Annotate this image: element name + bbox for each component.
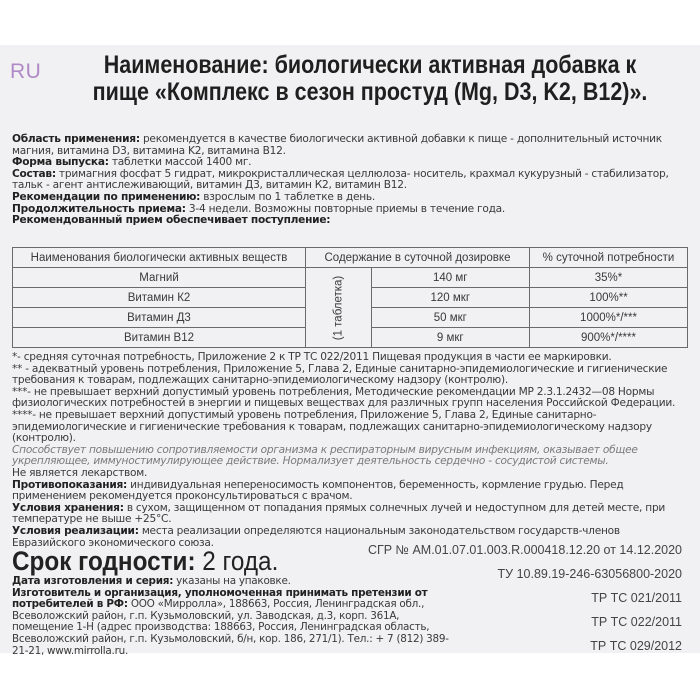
substance-percent: 35%* <box>530 268 688 288</box>
substance-amount: 9 мкг <box>371 328 529 348</box>
footnote: ***- не превышает верхний допустимый уро… <box>12 387 688 410</box>
info-application: Область применения: рекомендуется в каче… <box>12 134 688 157</box>
table-header-row: Наименования биологически активных вещес… <box>13 248 688 268</box>
dose-label: (1 таблетка) <box>332 275 344 340</box>
info-intake-heading: Рекомендованный прием обеспечивает посту… <box>12 215 688 227</box>
substance-name: Витамин Д3 <box>13 308 306 328</box>
dose-label-cell: (1 таблетка) <box>306 268 372 348</box>
info-storage: Условия хранения: в сухом, защищенном от… <box>12 503 688 526</box>
substance-percent: 100%** <box>530 288 688 308</box>
substance-amount: 50 мкг <box>371 308 529 328</box>
product-info-section: Область применения: рекомендуется в каче… <box>12 134 688 227</box>
substance-name: Магний <box>13 268 306 288</box>
substance-percent: 900%*/**** <box>530 328 688 348</box>
substance-name: Витамин В12 <box>13 328 306 348</box>
substance-amount: 140 мг <box>371 268 529 288</box>
health-claim: Способствует повышению сопротивляемости … <box>12 445 688 468</box>
header-percent: % суточной потребности <box>530 248 688 268</box>
footnote: ****- не превышает верхний допустимый ур… <box>12 410 688 445</box>
info-contraindications: Противопоказания: индивидуальная неперен… <box>12 480 688 503</box>
table-row: Магний (1 таблетка) 140 мг 35%* <box>13 268 688 288</box>
manufacturer-info: Изготовитель и организация, уполномоченн… <box>12 588 452 658</box>
header-amount: Содержание в суточной дозировке <box>306 248 530 268</box>
language-code: RU <box>10 60 41 84</box>
shelf-life: Срок годности: 2 года. <box>12 546 278 577</box>
nutrient-table: Наименования биологически активных вещес… <box>12 247 688 348</box>
product-title: Наименование: биологически активная доба… <box>78 52 663 106</box>
header-substance: Наименования биологически активных вещес… <box>13 248 306 268</box>
footnote: *- средняя суточная потребность, Приложе… <box>12 352 688 364</box>
substance-name: Витамин К2 <box>13 288 306 308</box>
substance-percent: 1000%*/*** <box>530 308 688 328</box>
manufacturer-section: Дата изготовления и серия: указаны на уп… <box>12 576 452 657</box>
substance-amount: 120 мкг <box>371 288 529 308</box>
cert-code: СГР № AM.01.07.01.003.R.000418.12.20 от … <box>368 538 682 562</box>
footnotes-section: *- средняя суточная потребность, Приложе… <box>12 352 688 549</box>
info-composition: Состав: тримагния фосфат 5 гидрат, микро… <box>12 169 688 192</box>
footnote: ** - адекватный уровень потребления, При… <box>12 364 688 387</box>
